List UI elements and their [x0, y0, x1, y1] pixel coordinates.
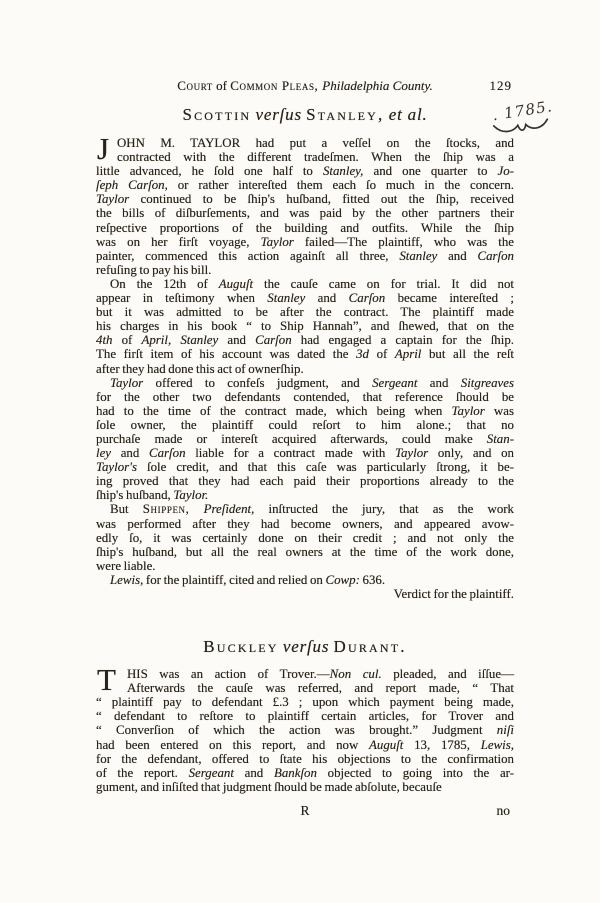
text-line: his charges in his book “ to Ship Hannah… — [96, 319, 514, 333]
text-line: On the 12th of Auguſt the cauſe came on … — [96, 277, 514, 291]
drop-cap: J — [97, 134, 109, 164]
text-segment: Non cul. — [330, 667, 382, 681]
text-segment: Stanley — [267, 291, 305, 305]
text-segment: Taylor — [110, 376, 143, 390]
case-title: Scottin verſus Stanley, et al. — [96, 104, 514, 126]
text-segment: were liable. — [96, 559, 156, 573]
text-segment: Bankſon — [274, 766, 317, 780]
text-segment: only, and on — [428, 446, 514, 460]
text-segment: had to the time of the contract made, wh… — [96, 404, 452, 418]
text-segment: reſpective proportions of the building a… — [96, 221, 514, 235]
text-segment: 13, 1785, — [403, 738, 480, 752]
text-line: was on her firſt voyage, Taylor failed—T… — [96, 235, 514, 249]
text-segment: and one quarter to — [363, 164, 497, 178]
text-segment: for the defendant, offered to ſtate his … — [96, 752, 514, 766]
text-segment: had been entered on this report, and now — [96, 738, 369, 752]
paragraph: On the 12th of Auguſt the cauſe came on … — [96, 277, 514, 376]
page-number: 129 — [490, 78, 513, 93]
text-line: had to the time of the contract made, wh… — [96, 404, 514, 418]
text-line: the bills of diſburſements, and was paid… — [96, 206, 514, 220]
text-segment: and — [218, 333, 255, 347]
text-line: 4th of April, Stanley and Carſon had eng… — [96, 333, 514, 347]
text-segment: but all the reſt — [421, 347, 514, 361]
text-segment: HIS was an action of Trover.— — [127, 667, 330, 681]
text-segment: Sitgreaves — [461, 376, 514, 390]
text-segment: 636. — [360, 573, 385, 587]
text-line: was performed after they had become owne… — [96, 517, 514, 531]
text-segment: edly ſo, it was certainly done on their … — [96, 531, 514, 545]
text-segment: verſus — [256, 105, 302, 124]
text-segment: the cauſe came on for trial. It did not — [253, 277, 514, 291]
text-segment: and — [305, 291, 348, 305]
text-segment: Afterwards the cauſe was referred, and r… — [127, 681, 514, 695]
text-line: edly ſo, it was certainly done on their … — [96, 531, 514, 545]
text-segment — [189, 502, 203, 516]
text-line: reſpective proportions of the building a… — [96, 221, 514, 235]
text-line: ing proved that they had each paid their… — [96, 474, 514, 488]
text-segment: April, — [141, 333, 171, 347]
text-segment: Durant. — [334, 637, 407, 656]
text-line: Lewis, for the plaintiff, cited and reli… — [96, 573, 514, 587]
text-segment: ſhip's huſband, but all the real owners … — [96, 545, 514, 559]
text-segment: for the other two defendants contended, … — [96, 390, 514, 404]
text-line: but it was admitted to be after the cont… — [96, 305, 514, 319]
text-segment: Lewis, — [110, 573, 143, 587]
text-segment: Carſon — [477, 249, 514, 263]
text-segment: Lewis, — [481, 738, 514, 752]
text-line: ſhip's huſband, Taylor. — [96, 488, 514, 502]
text-line: appear in teſtimony when Stanley and Car… — [96, 291, 514, 305]
case-report: Scottin verſus Stanley, et al.JOHN M. TA… — [96, 104, 514, 601]
text-segment: Taylor — [261, 235, 294, 249]
text-line: Taylor's ſole credit, and that this caſe… — [96, 460, 514, 474]
case-title: Buckley verſus Durant. — [96, 636, 514, 658]
text-segment: ſole credit, and that this caſe was part… — [137, 460, 514, 474]
text-segment: purchaſe made or intereſt acquired after… — [96, 432, 487, 446]
text-segment: or rather intereſted them each ſo much i… — [168, 178, 514, 192]
text-segment: for the plaintiff, cited and relied on — [143, 573, 325, 587]
text-line: But Shippen, Preſident, inſtructed the j… — [96, 502, 514, 516]
text-segment: was — [485, 404, 514, 418]
text-segment: painter, commenced this action againſt a… — [96, 249, 399, 263]
catchword: no — [497, 803, 511, 818]
text-segment: contracted with the different tradeſmen.… — [117, 150, 514, 164]
text-segment: after they had done this act of ownerſhi… — [96, 362, 304, 376]
text-line: refuſing to pay his bill. — [96, 263, 514, 277]
text-segment: failed—The plaintiff, who was the — [294, 235, 514, 249]
text-segment: had engaged a captain for the ſhip. — [292, 333, 514, 347]
text-line: after they had done this act of ownerſhi… — [96, 362, 514, 376]
text-segment: 4th — [96, 333, 112, 347]
paragraph: Verdict for the plaintiff. — [96, 587, 514, 601]
text-segment: ſeph Carſon, — [96, 178, 168, 192]
text-line: ley and Carſon liable for a contract mad… — [96, 446, 514, 460]
text-line: “ defendant to reſtore to plaintiff cert… — [96, 709, 514, 723]
text-segment: “ Converſion of which the action was bro… — [96, 723, 497, 737]
text-line: ſhip's huſband, but all the real owners … — [96, 545, 514, 559]
text-line: “ plaintiff pay to defendant £.3 ; upon … — [96, 695, 514, 709]
page-footer: R no — [96, 803, 514, 818]
text-segment: On the 12th of — [110, 277, 219, 291]
text-segment: liable for a contract made with — [186, 446, 395, 460]
text-segment: Buckley — [203, 637, 278, 656]
text-segment: The firſt item of his account was dated … — [96, 347, 356, 361]
text-segment — [171, 333, 180, 347]
text-line: Verdict for the plaintiff. — [96, 587, 514, 601]
paragraph: THIS was an action of Trover.—Non cul. p… — [96, 667, 514, 794]
text-segment: little advanced, he ſold one half to — [96, 164, 323, 178]
text-line: “ Converſion of which the action was bro… — [96, 723, 514, 737]
text-segment: Taylor — [96, 192, 129, 206]
running-header: Court of Common Pleas, Philadelphia Coun… — [96, 78, 514, 93]
text-segment: But — [110, 502, 143, 516]
text-segment: appear in teſtimony when — [96, 291, 267, 305]
cases: Scottin verſus Stanley, et al.JOHN M. TA… — [96, 104, 514, 794]
text-segment: Court — [177, 78, 213, 93]
text-line: gument, and inſiſted that judgment ſhoul… — [96, 780, 514, 794]
text-segment: and — [234, 766, 274, 780]
text-line: purchaſe made or intereſt acquired after… — [96, 432, 514, 446]
text-segment: 3d — [356, 347, 369, 361]
text-line: of the report. Sergeant and Bankſon obje… — [96, 766, 514, 780]
text-segment: Auguſt — [369, 738, 403, 752]
text-segment: Stanley, — [306, 105, 384, 124]
text-segment: OHN M. TAYLOR had put a veſſel on the ſt… — [117, 136, 514, 150]
drop-cap: T — [97, 665, 116, 695]
paragraph: But Shippen, Preſident, inſtructed the j… — [96, 502, 514, 572]
text-segment: was performed after they had become owne… — [96, 517, 514, 531]
text-segment: but it was admitted to be after the cont… — [96, 305, 514, 319]
text-line: HIS was an action of Trover.—Non cul. pl… — [96, 667, 514, 681]
text-line: Afterwards the cauſe was referred, and r… — [96, 681, 514, 695]
case-report: Buckley verſus Durant.THIS was an action… — [96, 636, 514, 794]
text-line: for the defendant, offered to ſtate his … — [96, 752, 514, 766]
text-segment: ſhip's huſband, — [96, 488, 173, 502]
text-segment: offered to confeſs judgment, and — [143, 376, 372, 390]
text-segment: “ defendant to reſtore to plaintiff cert… — [96, 709, 514, 723]
text-segment: Carſon — [255, 333, 292, 347]
text-segment: April — [395, 347, 422, 361]
text-line: little advanced, he ſold one half to Sta… — [96, 164, 514, 178]
text-segment: verſus — [283, 637, 329, 656]
text-line: OHN M. TAYLOR had put a veſſel on the ſt… — [96, 136, 514, 150]
text-segment: and — [417, 376, 460, 390]
text-segment: Taylor — [395, 446, 428, 460]
text-line: contracted with the different tradeſmen.… — [96, 150, 514, 164]
text-segment: the bills of diſburſements, and was paid… — [96, 206, 514, 220]
text-segment: Verdict for the plaintiff. — [394, 587, 514, 601]
text-segment: Preſident, — [204, 502, 255, 516]
text-segment: continued to be ſhip's huſband, fitted o… — [129, 192, 514, 206]
text-segment: of — [112, 333, 141, 347]
text-segment: Scottin — [182, 105, 251, 124]
text-segment: ſole owner, the plaintiff could reſort t… — [96, 418, 514, 432]
text-line: The firſt item of his account was dated … — [96, 347, 514, 361]
text-line: Taylor continued to be ſhip's huſband, f… — [96, 192, 514, 206]
text-segment: Shippen, — [143, 502, 190, 516]
paragraph: JOHN M. TAYLOR had put a veſſel on the ſ… — [96, 136, 514, 277]
text-segment: was on her firſt voyage, — [96, 235, 261, 249]
text-segment: of — [213, 78, 230, 93]
text-line: ſole owner, the plaintiff could reſort t… — [96, 418, 514, 432]
text-line: had been entered on this report, and now… — [96, 738, 514, 752]
text-block: Court of Common Pleas, Philadelphia Coun… — [96, 78, 514, 818]
scanned-page: . 1785. Court of Common Pleas, Philadelp… — [0, 0, 600, 903]
text-segment: et al. — [389, 105, 428, 124]
text-segment: Auguſt — [219, 277, 253, 291]
text-line: ſeph Carſon, or rather intereſted them e… — [96, 178, 514, 192]
text-segment: Cowp: — [325, 573, 359, 587]
text-segment: and — [437, 249, 477, 263]
text-segment: niſi — [497, 723, 514, 737]
text-segment: Sergeant — [189, 766, 234, 780]
text-segment: “ plaintiff pay to defendant £.3 ; upon … — [96, 695, 514, 709]
text-segment: Taylor. — [173, 488, 208, 502]
text-segment: of the report. — [96, 766, 189, 780]
paragraph: Lewis, for the plaintiff, cited and reli… — [96, 573, 514, 587]
text-segment: Stan- — [487, 432, 514, 446]
text-segment: Taylor — [452, 404, 485, 418]
text-segment: Common Pleas, — [230, 78, 322, 93]
text-segment: of — [369, 347, 395, 361]
text-segment: gument, and inſiſted that judgment ſhoul… — [96, 780, 442, 794]
text-segment: Stanley — [180, 333, 218, 347]
text-segment: Stanley, — [323, 164, 363, 178]
text-segment: refuſing to pay his bill. — [96, 263, 211, 277]
text-segment: Jo- — [498, 164, 514, 178]
text-segment: became intereſted ; — [385, 291, 514, 305]
text-segment: objected to going into the ar- — [317, 766, 514, 780]
text-line: for the other two defendants contended, … — [96, 390, 514, 404]
text-segment: Taylor's — [96, 460, 137, 474]
signature-mark: R — [96, 803, 514, 818]
text-segment: Sergeant — [372, 376, 417, 390]
text-segment: Carſon — [149, 446, 186, 460]
text-line: painter, commenced this action againſt a… — [96, 249, 514, 263]
text-segment: inſtructed the jury, that as the work — [254, 502, 514, 516]
text-segment: Stanley — [399, 249, 437, 263]
text-segment: ing proved that they had each paid their… — [96, 474, 514, 488]
text-line: were liable. — [96, 559, 514, 573]
text-segment: ley — [96, 446, 111, 460]
paragraph: Taylor offered to confeſs judgment, and … — [96, 376, 514, 503]
text-line: Taylor offered to confeſs judgment, and … — [96, 376, 514, 390]
text-segment: his charges in his book “ to Ship Hannah… — [96, 319, 514, 333]
running-title: Court of Common Pleas, Philadelphia Coun… — [177, 78, 433, 93]
text-segment: and — [111, 446, 149, 460]
text-segment: Carſon — [349, 291, 386, 305]
text-segment: pleaded, and iſſue— — [382, 667, 514, 681]
text-segment: Philadelphia County. — [322, 78, 433, 93]
